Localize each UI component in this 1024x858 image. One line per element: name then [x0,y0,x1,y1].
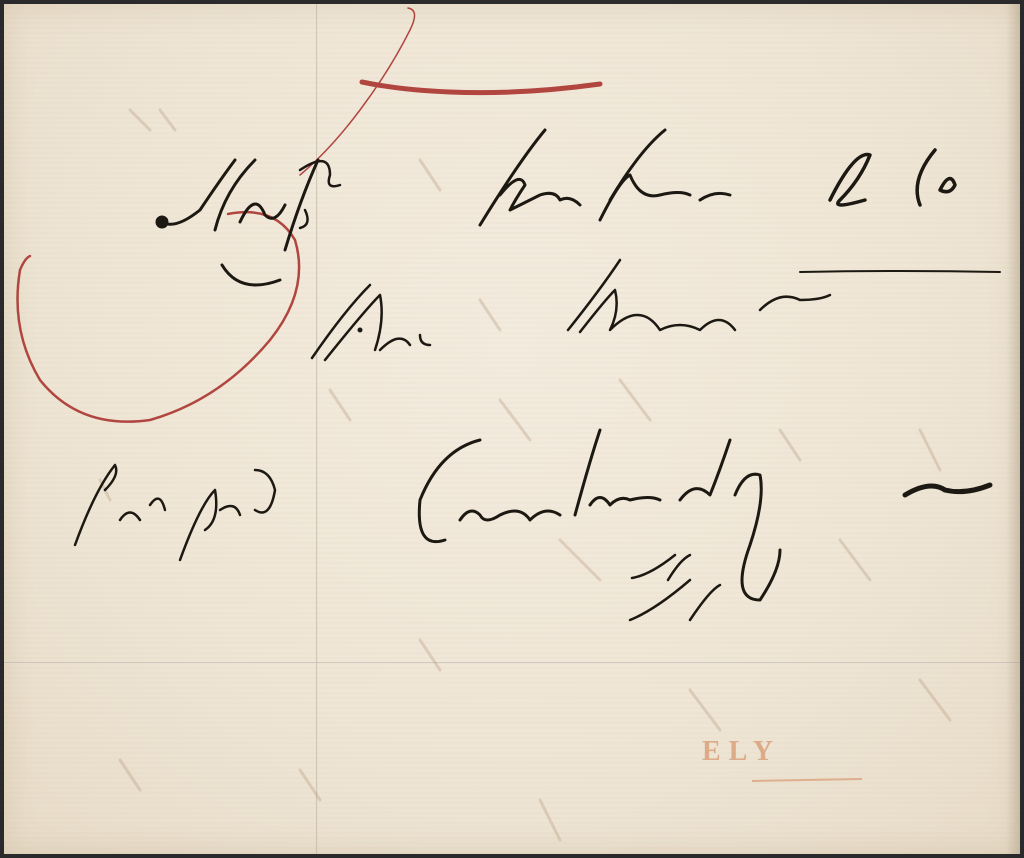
black-ink-address [75,130,1000,620]
ely-handstamp: ELY [702,736,781,768]
red-rate-mark-5 [18,8,601,422]
ink-show-through [100,110,950,840]
handwriting-layer [0,0,1024,858]
